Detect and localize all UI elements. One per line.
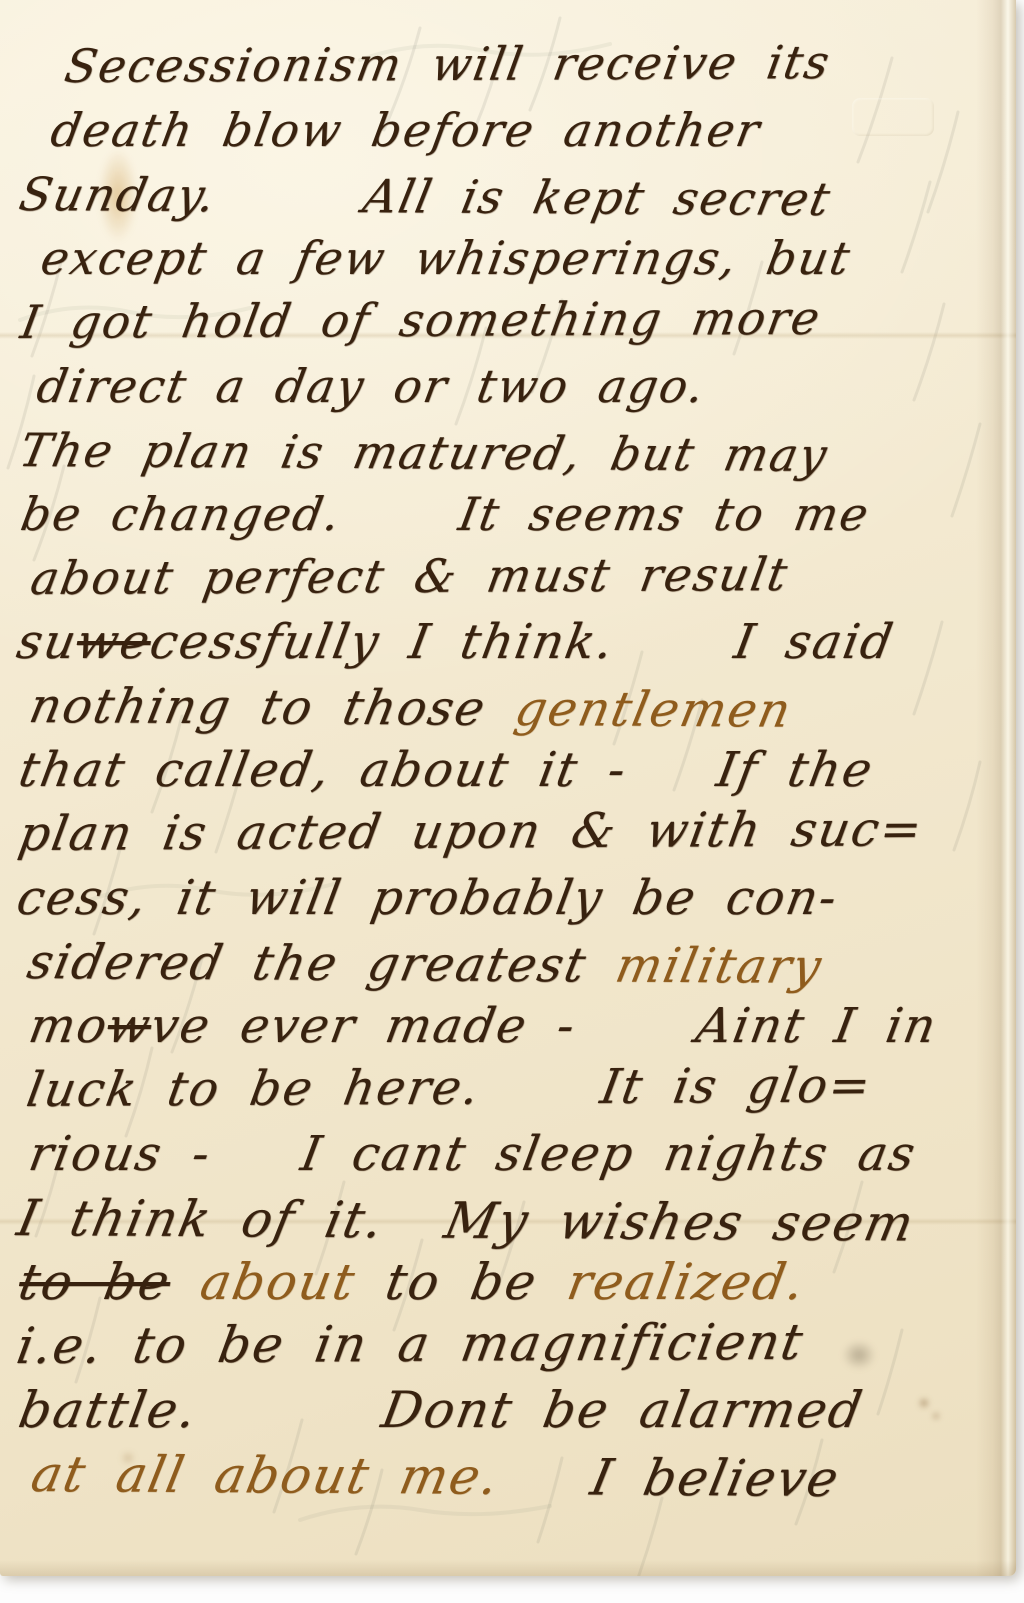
letter-text: realized. <box>563 1253 810 1311</box>
letter-text: sidered the greatest <box>23 934 622 994</box>
letter-line: luck to be here. It is glo= <box>22 1053 1016 1122</box>
letter-text: we <box>72 614 155 670</box>
letter-text: be changed. It seems to me <box>17 487 874 541</box>
letter-line: The plan is matured, but may <box>14 418 1016 488</box>
letter-text: I got hold of something more <box>17 291 826 349</box>
letter-lines: Secessionism will receive itsdeath blow … <box>8 34 1010 1506</box>
letter-text: gentlemen <box>510 681 797 739</box>
letter-line: i.e. to be in a magnificient <box>12 1309 1016 1378</box>
letter-line: battle. Dont be alarmed <box>14 1378 1016 1442</box>
letter-page: Secessionism will receive itsdeath blow … <box>0 0 1016 1576</box>
letter-text: i.e. to be in a magnificient <box>13 1313 809 1375</box>
letter-text: at all about me. <box>27 1445 506 1506</box>
letter-line: I got hold of something more <box>16 285 1016 354</box>
letter-text: battle. Dont be alarmed <box>15 1381 868 1439</box>
letter-line: sidered the greatest military <box>22 930 1016 1000</box>
letter-line: I think of it. My wishes seem <box>12 1186 1016 1256</box>
letter-text: The plan is matured, but may <box>15 423 833 482</box>
letter-text: plan is acted upon & with suc= <box>15 801 928 862</box>
letter-text: nothing to those <box>25 678 522 737</box>
letter-line: to be about to be realized. <box>14 1250 1016 1314</box>
letter-line: rious - I cant sleep nights as <box>24 1122 1016 1186</box>
letter-line: about perfect & must result <box>26 541 1016 610</box>
letter-text: cess, it will probably be con- <box>13 870 843 926</box>
letter-line: be changed. It seems to me <box>16 482 1016 546</box>
letter-text: mo <box>25 998 113 1054</box>
letter-line: Sunday. All is kept secret <box>14 162 1016 232</box>
letter-line: cess, it will probably be con- <box>12 866 1016 930</box>
letter-text: about <box>196 1253 360 1311</box>
letter-line: suwecessfully I think. I said <box>12 610 1016 674</box>
letter-line: plan is acted upon & with suc= <box>14 797 1016 866</box>
letter-text: ve ever made - Aint I in <box>146 998 942 1054</box>
letter-text: su <box>13 614 82 670</box>
letter-line: except a few whisperings, but <box>36 226 1016 290</box>
letter-line: Secessionism will receive its <box>60 29 1016 98</box>
letter-text: to be <box>15 1253 176 1311</box>
letter-line: mowve ever made - Aint I in <box>24 994 1016 1058</box>
letter-line: death blow before another <box>46 98 1016 162</box>
letter-line: at all about me. I believe <box>26 1442 1016 1512</box>
scan-background: Secessionism will receive itsdeath blow … <box>0 0 1024 1603</box>
letter-text: except a few whisperings, but <box>37 231 856 285</box>
paper-edge-fold <box>976 0 1016 1576</box>
letter-text: rious - I cant sleep nights as <box>25 1126 921 1182</box>
letter-text: direct a day or two ago. <box>33 359 710 413</box>
paper-edge-shadow <box>0 1560 1016 1576</box>
letter-line: direct a day or two ago. <box>32 354 1016 418</box>
letter-text: I believe <box>494 1448 846 1508</box>
letter-line: nothing to those gentlemen <box>24 674 1016 744</box>
letter-text: I think of it. My wishes seem <box>13 1189 921 1252</box>
letter-text: luck to be here. It is glo= <box>23 1058 877 1118</box>
letter-text: cessfully I think. I said <box>146 614 899 670</box>
letter-text: Sunday. All is kept secret <box>15 167 836 226</box>
letter-text: to be <box>350 1253 573 1311</box>
letter-line: that called, about it - If the <box>14 738 1016 802</box>
letter-text: death blow before another <box>47 103 765 157</box>
letter-text: military <box>611 938 828 995</box>
letter-text: Secessionism will receive its <box>61 35 835 93</box>
letter-text: about perfect & must result <box>27 547 793 605</box>
letter-text: that called, about it - If the <box>15 742 878 798</box>
